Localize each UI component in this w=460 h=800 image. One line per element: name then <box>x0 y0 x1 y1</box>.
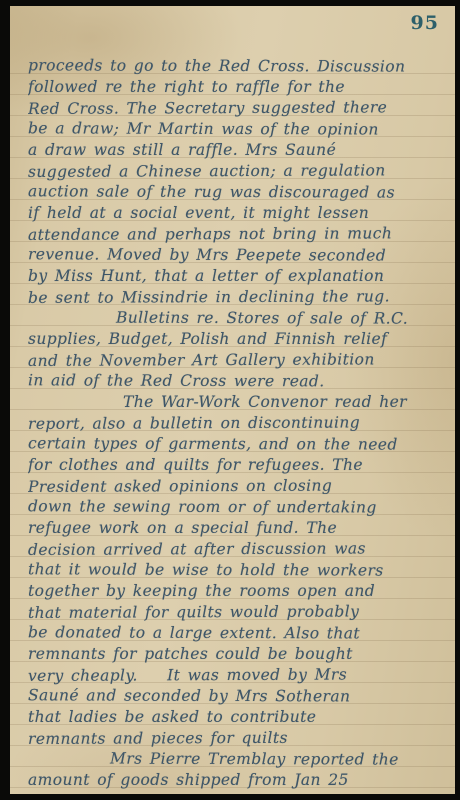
handwritten-line: proceeds to go to the Red Cross. Discuss… <box>28 55 446 77</box>
handwritten-line: refugee work on a special fund. The <box>28 518 446 539</box>
handwritten-line: and the November Art Gallery exhibition <box>28 349 446 372</box>
handwritten-line: President asked opinions on closing <box>28 475 446 498</box>
handwritten-line: attendance and perhaps not bring in much <box>28 223 446 246</box>
handwritten-line: Mrs Pierre Tremblay reported the <box>28 748 446 770</box>
handwritten-line: for clothes and quilts for refugees. The <box>28 455 446 476</box>
scanned-page-photo: 95 proceeds to go to the Red Cross. Disc… <box>0 0 460 800</box>
handwritten-line: certain types of garments, and on the ne… <box>28 433 446 455</box>
handwritten-line: that material for quilts would probably <box>28 601 446 624</box>
handwritten-line: that ladies be asked to contribute <box>28 707 446 728</box>
handwritten-line: Red Cross. The Secretary suggested there <box>28 97 446 120</box>
handwritten-line: in aid of the Red Cross were read. <box>28 370 446 392</box>
handwritten-line: a draw was still a raffle. Mrs Sauné <box>28 140 446 161</box>
handwritten-line: report, also a bulletin on discontinuing <box>28 412 446 435</box>
handwritten-line: together by keeping the rooms open and <box>28 581 446 602</box>
handwritten-line: Bulletins re. Stores of sale of R.C. <box>28 307 446 329</box>
handwritten-line: suggested a Chinese auction; a regulatio… <box>28 160 446 183</box>
handwritten-line: Sauné and seconded by Mrs Sotheran <box>28 685 446 707</box>
handwritten-line: be donated to a large extent. Also that <box>28 622 446 644</box>
handwritten-line: followed re the right to raffle for the <box>28 77 446 98</box>
handwritten-line: be sent to Missindrie in declining the r… <box>28 286 446 309</box>
handwritten-line: be a draw; Mr Martin was of the opinion <box>28 118 446 140</box>
page-number: 95 <box>411 12 439 34</box>
handwritten-line: The War-Work Convenor read her <box>28 392 446 413</box>
handwritten-line: that it would be wise to hold the worker… <box>28 559 446 581</box>
handwritten-line: remnants and pieces for quilts <box>28 727 446 750</box>
handwriting-block: proceeds to go to the Red Cross. Discuss… <box>28 56 446 791</box>
handwritten-line: remnants for patches could be bought <box>28 644 446 665</box>
handwritten-line: decision arrived at after discussion was <box>28 538 446 561</box>
handwritten-line: if held at a social event, it might less… <box>28 203 446 224</box>
handwritten-line: very cheaply. It was moved by Mrs <box>28 664 446 687</box>
handwritten-line: by Miss Hunt, that a letter of explanati… <box>28 266 446 287</box>
notebook-paper: 95 proceeds to go to the Red Cross. Disc… <box>10 6 455 794</box>
handwritten-line: down the sewing room or of undertaking <box>28 496 446 518</box>
handwritten-line: revenue. Moved by Mrs Peepete seconded <box>28 244 446 266</box>
handwritten-line: supplies, Budget, Polish and Finnish rel… <box>28 329 446 350</box>
handwritten-line: auction sale of the rug was discouraged … <box>28 181 446 203</box>
handwritten-line: amount of goods shipped from Jan 25 <box>28 770 446 791</box>
